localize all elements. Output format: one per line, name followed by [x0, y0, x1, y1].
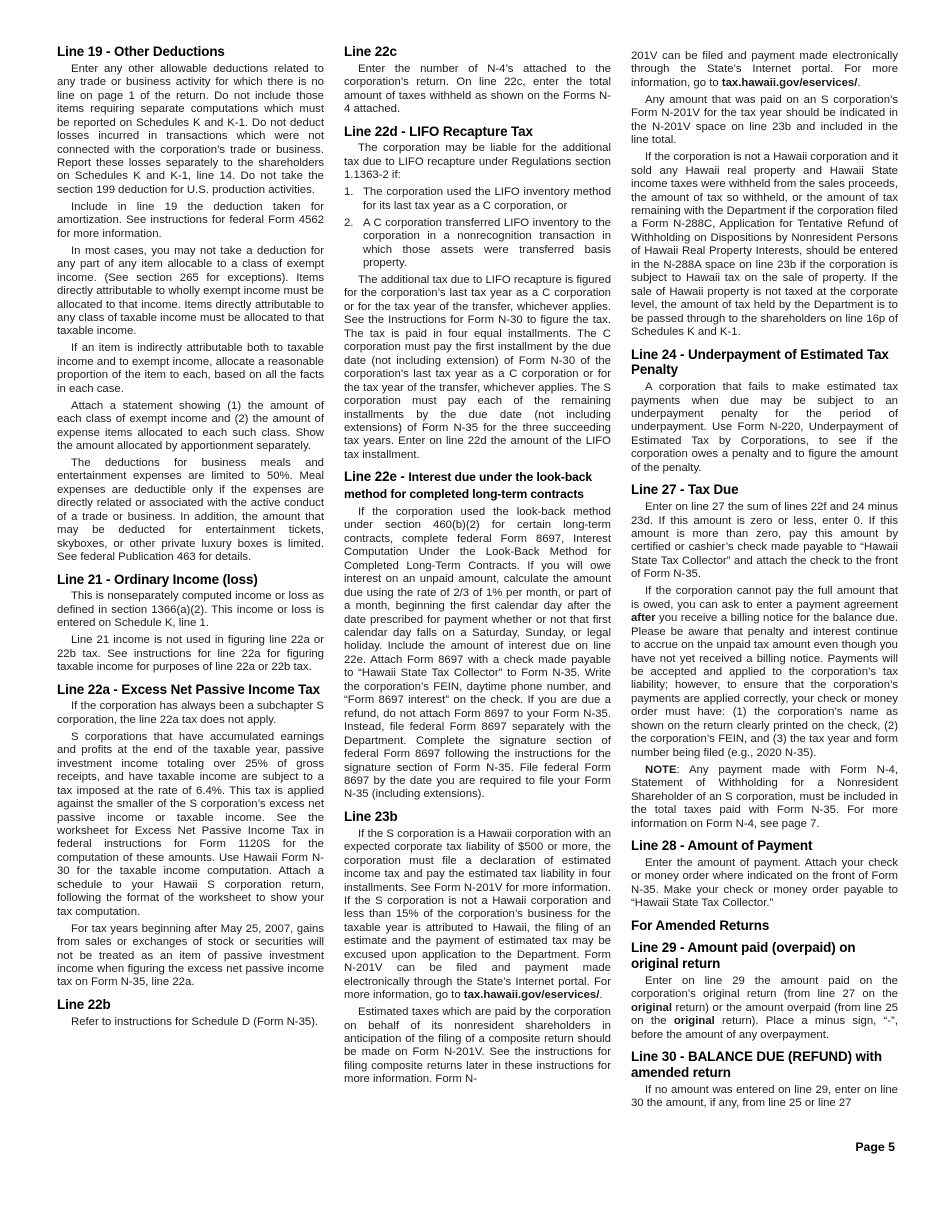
list-item-number: 1. [344, 186, 363, 213]
paragraph: Enter on line 29 the amount paid on the … [631, 975, 898, 1042]
paragraph: Attach a statement showing (1) the amoun… [57, 400, 324, 454]
paragraph: If the corporation cannot pay the full a… [631, 585, 898, 760]
section-heading: Line 27 - Tax Due [631, 482, 898, 498]
paragraph: Any amount that was paid on an S corpora… [631, 94, 898, 148]
paragraph: If the corporation has always been a sub… [57, 700, 324, 727]
paragraph: If the corporation used the look-back me… [344, 506, 611, 802]
list-item: 1. The corporation used the LIFO invento… [344, 186, 611, 213]
section-heading: Line 28 - Amount of Payment [631, 838, 898, 854]
paragraph: If the S corporation is a Hawaii corpora… [344, 828, 611, 1003]
page-number: Page 5 [855, 1140, 895, 1154]
section-heading: Line 22d - LIFO Recapture Tax [344, 124, 611, 140]
paragraph: 201V can be filed and payment made elect… [631, 50, 898, 90]
paragraph: Refer to instructions for Schedule D (Fo… [57, 1016, 324, 1029]
column-2: Line 22c Enter the number of N-4’s attac… [344, 44, 611, 1114]
list-item-text: A C corporation transferred LIFO invento… [363, 217, 611, 271]
column-1: Line 19 - Other Deductions Enter any oth… [57, 44, 324, 1114]
list-item-text: The corporation used the LIFO inventory … [363, 186, 611, 213]
paragraph: Include in line 19 the deduction taken f… [57, 201, 324, 241]
section-heading: Line 22b [57, 997, 324, 1013]
paragraph: The corporation may be liable for the ad… [344, 142, 611, 182]
section-heading: Line 23b [344, 809, 611, 825]
paragraph: The deductions for business meals and en… [57, 457, 324, 565]
section-heading: Line 24 - Underpayment of Estimated Tax … [631, 347, 898, 379]
paragraph: This is nonseparately computed income or… [57, 590, 324, 630]
heading-lead: Line 22e - [344, 469, 408, 484]
list-item-number: 2. [344, 217, 363, 271]
section-heading: For Amended Returns [631, 918, 898, 934]
section-heading: Line 22a - Excess Net Passive Income Tax [57, 682, 324, 698]
paragraph: In most cases, you may not take a deduct… [57, 245, 324, 339]
list-item: 2. A C corporation transferred LIFO inve… [344, 217, 611, 271]
paragraph: Enter the amount of payment. Attach your… [631, 857, 898, 911]
paragraph: Line 21 income is not used in figuring l… [57, 634, 324, 674]
document-page: Line 19 - Other Deductions Enter any oth… [0, 0, 950, 1230]
paragraph: The additional tax due to LIFO recapture… [344, 274, 611, 462]
paragraph: Enter the number of N-4’s attached to th… [344, 63, 611, 117]
paragraph: If the corporation is not a Hawaii corpo… [631, 151, 898, 339]
paragraph: For tax years beginning after May 25, 20… [57, 923, 324, 990]
section-heading: Line 29 - Amount paid (overpaid) on orig… [631, 940, 898, 972]
column-3: 201V can be filed and payment made elect… [631, 44, 898, 1114]
paragraph: S corporations that have accumulated ear… [57, 731, 324, 919]
column-layout: Line 19 - Other Deductions Enter any oth… [57, 44, 898, 1114]
paragraph: If an item is indirectly attributable bo… [57, 342, 324, 396]
section-heading: Line 19 - Other Deductions [57, 44, 324, 60]
section-heading: Line 22e - Interest due under the look-b… [344, 469, 611, 503]
section-heading: Line 21 - Ordinary Income (loss) [57, 572, 324, 588]
paragraph: Estimated taxes which are paid by the co… [344, 1006, 611, 1087]
paragraph: If no amount was entered on line 29, ent… [631, 1084, 898, 1111]
section-heading: Line 22c [344, 44, 611, 60]
paragraph: NOTE: Any payment made with Form N-4, St… [631, 764, 898, 831]
paragraph: Enter any other allowable deductions rel… [57, 63, 324, 198]
section-heading: Line 30 - BALANCE DUE (REFUND) with amen… [631, 1049, 898, 1081]
paragraph: A corporation that fails to make estimat… [631, 381, 898, 475]
paragraph: Enter on line 27 the sum of lines 22f an… [631, 501, 898, 582]
